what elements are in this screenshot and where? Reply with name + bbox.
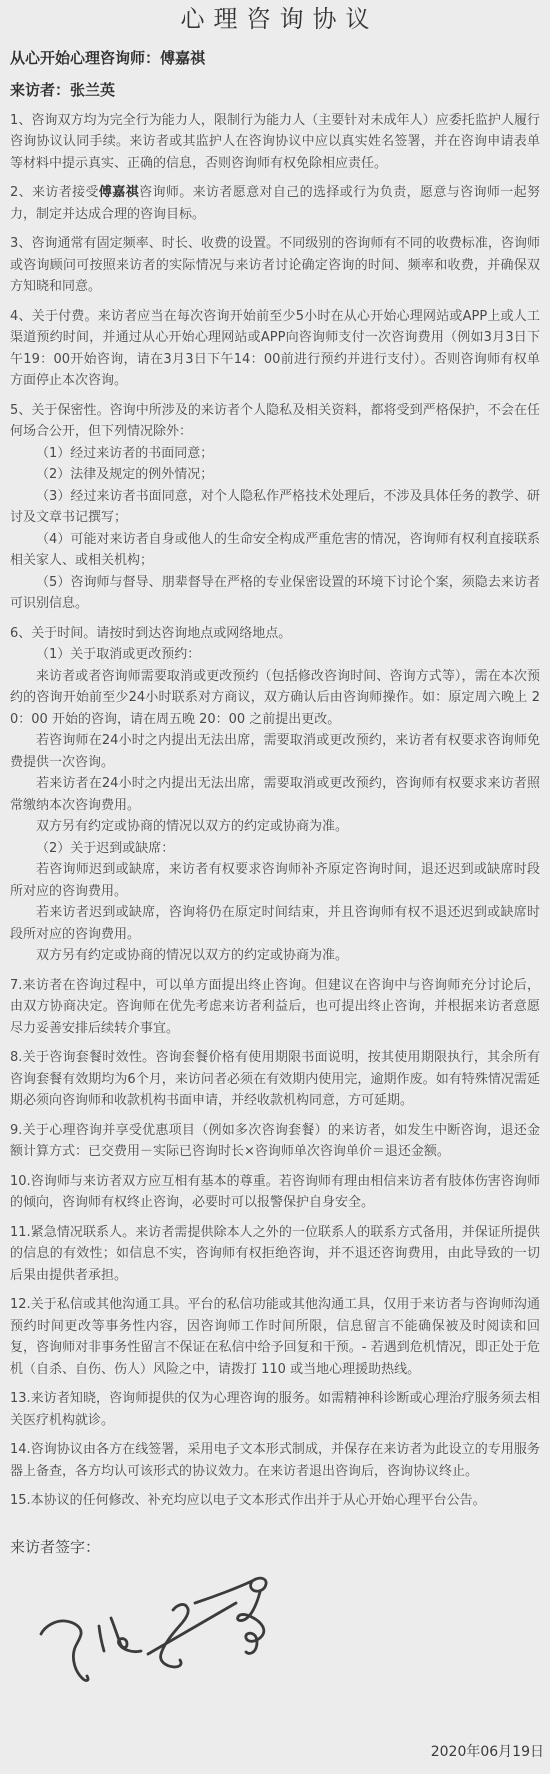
clause-paragraph: 1、咨询双方均为完全行为能力人，限制行为能力人（主要针对未成年人）应委托监护人履… — [10, 110, 540, 175]
clause-paragraph: （4）可能对来访者自身或他人的生命安全构成严重危害的情况，咨询师有权利直接联系相… — [10, 529, 540, 572]
page-title: 心理咨询协议 — [10, 0, 540, 35]
clause: 3、咨询通常有固定频率、时长、收费的设置。不同级别的咨询师有不同的收费标准，咨询… — [10, 233, 540, 298]
clause-paragraph: 双方另有约定或协商的情况以双方的约定或协商为准。 — [10, 816, 540, 838]
client-label: 来访者： — [10, 81, 70, 99]
clause-paragraph: （2）法律及规定的例外情况； — [10, 464, 540, 486]
counselor-line: 从心开始心理咨询师：傅嘉祺 — [10, 48, 540, 70]
clause-paragraph: 若来访者在24小时之内提出无法出席，需要取消或更改预约，咨询师有权要求来访者照常… — [10, 773, 540, 816]
agreement-page: 心理咨询协议 从心开始心理咨询师：傅嘉祺 来访者：张兰英 1、咨询双方均为完全行… — [0, 0, 550, 1774]
clause-paragraph: 12.关于私信或其他沟通工具。平台的私信功能或其他沟通工具，仅用于来访者与咨询师… — [10, 1294, 540, 1380]
clause: 12.关于私信或其他沟通工具。平台的私信功能或其他沟通工具，仅用于来访者与咨询师… — [10, 1294, 540, 1380]
counselor-label: 从心开始心理咨询师： — [10, 49, 160, 67]
clause-paragraph: （3）经过来访者书面同意，对个人隐私作严格技术处理后，不涉及具体任务的教学、研讨… — [10, 486, 540, 529]
clause-paragraph: 7.来访者在咨询过程中，可以单方面提出终止咨询。但建议在咨询中与咨询师充分讨论后… — [10, 975, 540, 1040]
clause-paragraph: 10.咨询师与来访者双方应互相有基本的尊重。若咨询师有理由相信来访者有肢体伤害咨… — [10, 1171, 540, 1214]
clause: 13.来访者知晓，咨询师提供的仅为心理咨询的服务。如需精神科诊断或心理治疗服务须… — [10, 1388, 540, 1431]
clause-paragraph: 双方另有约定或协商的情况以双方的约定或协商为准。 — [10, 945, 540, 967]
clause-paragraph: 14.咨询协议由各方在线签署，采用电子文本形式制成，并保存在来访者为此设立的专用… — [10, 1439, 540, 1482]
clause-paragraph: 来访者或者咨询师需要取消或更改预约（包括修改咨询时间、咨询方式等），需在本次预约… — [10, 666, 540, 731]
clause-paragraph: 5、关于保密性。咨询中所涉及的来访者个人隐私及相关资料，都将受到严格保护，不会在… — [10, 400, 540, 443]
clause-paragraph: 6、关于时间。请按时到达咨询地点或网络地点。 — [10, 623, 540, 645]
clause-paragraph: 若咨询师在24小时之内提出无法出席，需要取消或更改预约，来访者有权要求咨询师免费… — [10, 730, 540, 773]
clause-paragraph: （1）经过来访者的书面同意； — [10, 443, 540, 465]
clause-paragraph: 4、关于付费。来访者应当在每次咨询开始前至少5小时在从心开始心理网站或APP上或… — [10, 306, 540, 392]
clause: 2、来访者接受傅嘉祺咨询师。来访者愿意对自己的选择或行为负责，愿意与咨询师一起努… — [10, 182, 540, 225]
signature-label: 来访者签字： — [10, 1536, 540, 1557]
clause-paragraph: （1）关于取消或更改预约： — [10, 644, 540, 666]
clause: 11.紧急情况联系人。来访者需提供除本人之外的一位联系人的联系方式备用，并保证所… — [10, 1222, 540, 1287]
clause-paragraph: 11.紧急情况联系人。来访者需提供除本人之外的一位联系人的联系方式备用，并保证所… — [10, 1222, 540, 1287]
counselor-name-emphasis: 傅嘉祺 — [99, 185, 139, 200]
handwritten-signature-icon — [28, 1567, 278, 1697]
clause-paragraph: 3、咨询通常有固定频率、时长、收费的设置。不同级别的咨询师有不同的收费标准，咨询… — [10, 233, 540, 298]
clause: 1、咨询双方均为完全行为能力人，限制行为能力人（主要针对未成年人）应委托监护人履… — [10, 110, 540, 175]
clause-paragraph: （5）咨询师与督导、朋辈督导在严格的专业保密设置的环境下讨论个案，须隐去来访者可… — [10, 572, 540, 615]
clause-paragraph: 若咨询师迟到或缺席，来访者有权要求咨询师补齐原定咨询时间，退还迟到或缺席时段所对… — [10, 859, 540, 902]
client-signature — [28, 1567, 278, 1697]
clause: 6、关于时间。请按时到达咨询地点或网络地点。（1）关于取消或更改预约：来访者或者… — [10, 623, 540, 967]
clause-text: 2、来访者接受 — [10, 185, 99, 200]
clause-paragraph: 2、来访者接受傅嘉祺咨询师。来访者愿意对自己的选择或行为负责，愿意与咨询师一起努… — [10, 182, 540, 225]
clause-list: 1、咨询双方均为完全行为能力人，限制行为能力人（主要针对未成年人）应委托监护人履… — [10, 110, 540, 1512]
clause-paragraph: 8.关于咨询套餐时效性。咨询套餐价格有使用期限书面说明，按其使用期限执行，其余所… — [10, 1047, 540, 1112]
clause: 9.关于心理咨询并享受优惠项目（例如多次咨询套餐）的来访者，如发生中断咨询，退还… — [10, 1120, 540, 1163]
clause-paragraph: 若来访者迟到或缺席，咨询将仍在原定时间结束，并且咨询师有权不退还迟到或缺席时段所… — [10, 902, 540, 945]
clause: 4、关于付费。来访者应当在每次咨询开始前至少5小时在从心开始心理网站或APP上或… — [10, 306, 540, 392]
clause: 8.关于咨询套餐时效性。咨询套餐价格有使用期限书面说明，按其使用期限执行，其余所… — [10, 1047, 540, 1112]
clause-paragraph: （2）关于迟到或缺席： — [10, 838, 540, 860]
clause: 10.咨询师与来访者双方应互相有基本的尊重。若咨询师有理由相信来访者有肢体伤害咨… — [10, 1171, 540, 1214]
agreement-date: 2020年06月19日 — [10, 1741, 544, 1761]
clause-paragraph: 9.关于心理咨询并享受优惠项目（例如多次咨询套餐）的来访者，如发生中断咨询，退还… — [10, 1120, 540, 1163]
client-name: 张兰英 — [70, 81, 115, 99]
clause-paragraph: 13.来访者知晓，咨询师提供的仅为心理咨询的服务。如需精神科诊断或心理治疗服务须… — [10, 1388, 540, 1431]
clause: 5、关于保密性。咨询中所涉及的来访者个人隐私及相关资料，都将受到严格保护，不会在… — [10, 400, 540, 615]
counselor-name: 傅嘉祺 — [160, 49, 205, 67]
clause: 15.本协议的任何修改、补充均应以电子文本形式作出并于从心开始心理平台公告。 — [10, 1490, 540, 1512]
clause-paragraph: 15.本协议的任何修改、补充均应以电子文本形式作出并于从心开始心理平台公告。 — [10, 1490, 540, 1512]
clause: 7.来访者在咨询过程中，可以单方面提出终止咨询。但建议在咨询中与咨询师充分讨论后… — [10, 975, 540, 1040]
clause: 14.咨询协议由各方在线签署，采用电子文本形式制成，并保存在来访者为此设立的专用… — [10, 1439, 540, 1482]
client-line: 来访者：张兰英 — [10, 80, 540, 102]
